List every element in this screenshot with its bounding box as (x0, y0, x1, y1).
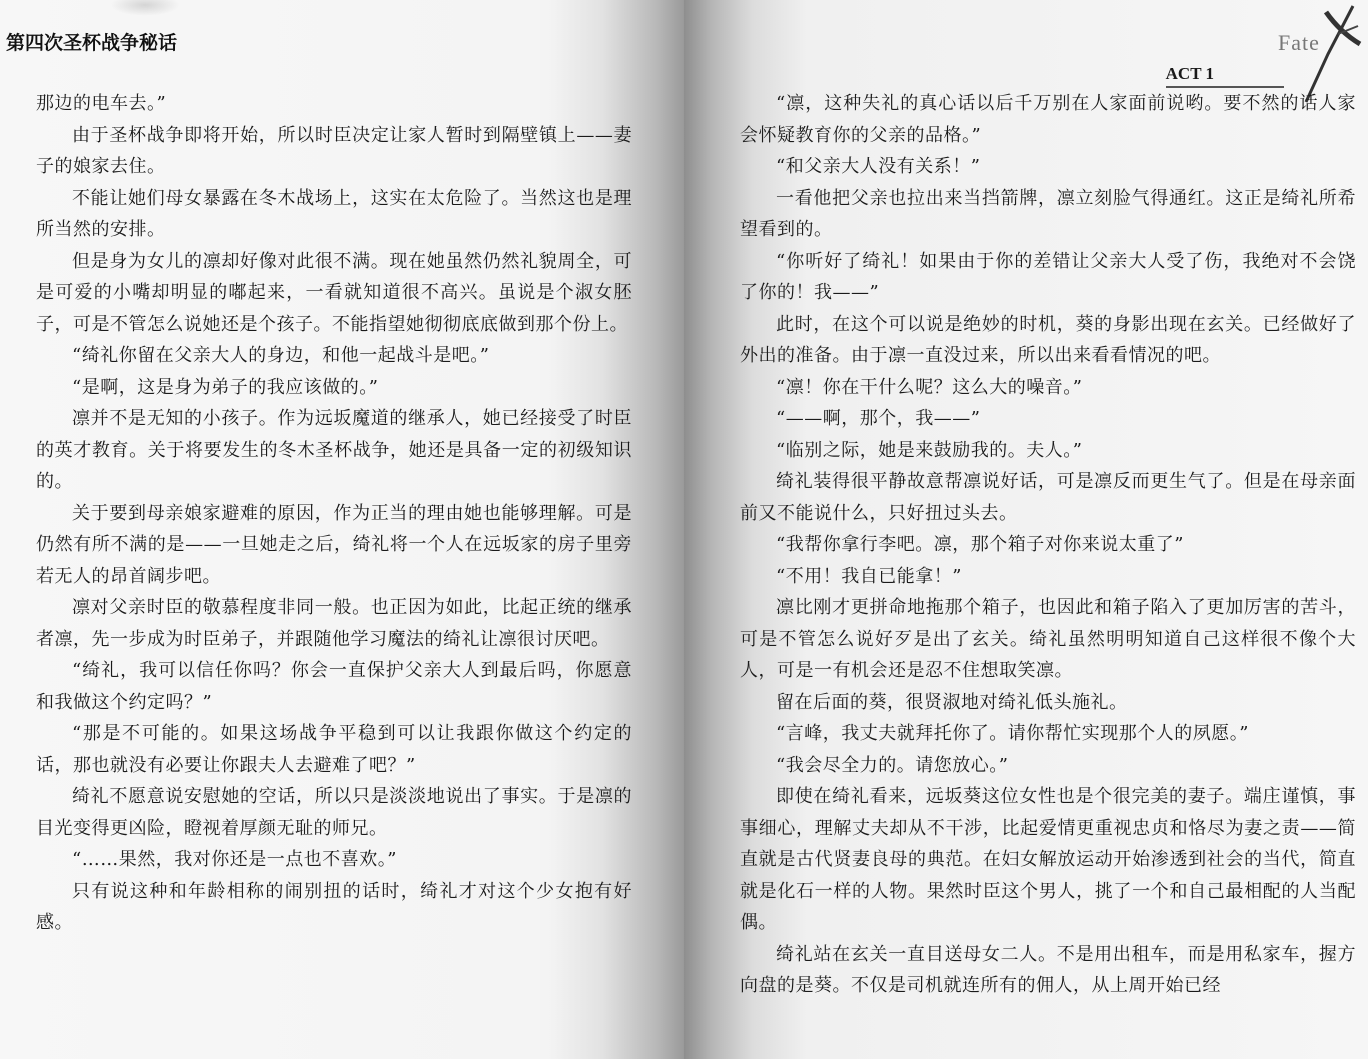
right-page: ACT 1 Fate “凛，这种失礼的真心话以后千万别在人家面前说哟。要不然的话… (684, 0, 1368, 1059)
paragraph: 此时，在这个可以说是绝妙的时机，葵的身影出现在玄关。已经做好了外出的准备。由于凛… (740, 309, 1356, 372)
paragraph: “凛！你在干什么呢？这么大的噪音。” (740, 372, 1356, 404)
paragraph: “那是不可能的。如果这场战争平稳到可以让我跟你做这个约定的话，那也就没有必要让你… (36, 718, 632, 781)
paragraph: “和父亲大人没有关系！” (740, 151, 1356, 183)
paragraph: 凛并不是无知的小孩子。作为远坂魔道的继承人，她已经接受了时臣的英才教育。关于将要… (36, 403, 632, 498)
paragraph: 即使在绮礼看来，远坂葵这位女性也是个很完美的妻子。端庄谨慎，事事细心，理解丈夫却… (740, 781, 1356, 939)
fate-logo: Fate (1278, 28, 1368, 88)
running-head-chapter: ACT 1 Fate (1166, 28, 1368, 88)
book-spread: 第四次圣杯战争秘话 那边的电车去。” 由于圣杯战争即将开始，所以时臣决定让家人暂… (0, 0, 1368, 1059)
paragraph: “我帮你拿行李吧。凛，那个箱子对你来说太重了” (740, 529, 1356, 561)
paragraph: 关于要到母亲娘家避难的原因，作为正当的理由她也能够理解。可是仍然有所不满的是——… (36, 498, 632, 593)
paragraph: 那边的电车去。” (36, 88, 632, 120)
right-page-body: “凛，这种失礼的真心话以后千万别在人家面前说哟。要不然的话人家会怀疑教育你的父亲… (740, 88, 1356, 1002)
paragraph: 只有说这种和年龄相称的闹别扭的话时，绮礼才对这个少女抱有好感。 (36, 876, 632, 939)
paragraph: “言峰，我丈夫就拜托你了。请你帮忙实现那个人的夙愿。” (740, 718, 1356, 750)
paragraph: 凛对父亲时臣的敬慕程度非同一般。也正因为如此，比起正统的继承者凛，先一步成为时臣… (36, 592, 632, 655)
left-page-body: 那边的电车去。” 由于圣杯战争即将开始，所以时臣决定让家人暂时到隔壁镇上——妻子… (36, 88, 632, 939)
paragraph: “你听好了绮礼！如果由于你的差错让父亲大人受了伤，我绝对不会饶了你的！我——” (740, 246, 1356, 309)
paragraph: “我会尽全力的。请您放心。” (740, 750, 1356, 782)
paragraph: 但是身为女儿的凛却好像对此很不满。现在她虽然仍然礼貌周全，可是可爱的小嘴却明显的… (36, 246, 632, 341)
left-page: 第四次圣杯战争秘话 那边的电车去。” 由于圣杯战争即将开始，所以时臣决定让家人暂… (0, 0, 684, 1059)
paragraph: 留在后面的葵，很贤淑地对绮礼低头施礼。 (740, 687, 1356, 719)
paragraph: “绮礼，我可以信任你吗？你会一直保护父亲大人到最后吗，你愿意和我做这个约定吗？” (36, 655, 632, 718)
paragraph: 一看他把父亲也拉出来当挡箭牌，凛立刻脸气得通红。这正是绮礼所希望看到的。 (740, 183, 1356, 246)
paragraph: 不能让她们母女暴露在冬木战场上，这实在太危险了。当然这也是理所当然的安排。 (36, 183, 632, 246)
paragraph: 绮礼不愿意说安慰她的空话，所以只是淡淡地说出了事实。于是凛的目光变得更凶险，瞪视… (36, 781, 632, 844)
act-label: ACT 1 (1166, 64, 1284, 88)
running-head-title: 第四次圣杯战争秘话 (6, 28, 177, 55)
paragraph: 由于圣杯战争即将开始，所以时臣决定让家人暂时到隔壁镇上——妻子的娘家去住。 (36, 120, 632, 183)
paragraph: 凛比刚才更拼命地拖那个箱子，也因此和箱子陷入了更加厉害的苦斗，可是不管怎么说好歹… (740, 592, 1356, 687)
paragraph: “临别之际，她是来鼓励我的。夫人。” (740, 435, 1356, 467)
paragraph: “绮礼你留在父亲大人的身边，和他一起战斗是吧。” (36, 340, 632, 372)
paragraph: “——啊，那个，我——” (740, 403, 1356, 435)
paragraph: “凛，这种失礼的真心话以后千万别在人家面前说哟。要不然的话人家会怀疑教育你的父亲… (740, 88, 1356, 151)
paragraph: 绮礼装得很平静故意帮凛说好话，可是凛反而更生气了。但是在母亲面前又不能说什么，只… (740, 466, 1356, 529)
paragraph: “是啊，这是身为弟子的我应该做的。” (36, 372, 632, 404)
paragraph: 绮礼站在玄关一直目送母女二人。不是用出租车，而是用私家车，握方向盘的是葵。不仅是… (740, 939, 1356, 1002)
page-smudge (110, 0, 180, 16)
paragraph: “……果然，我对你还是一点也不喜欢。” (36, 844, 632, 876)
paragraph: “不用！我自已能拿！” (740, 561, 1356, 593)
